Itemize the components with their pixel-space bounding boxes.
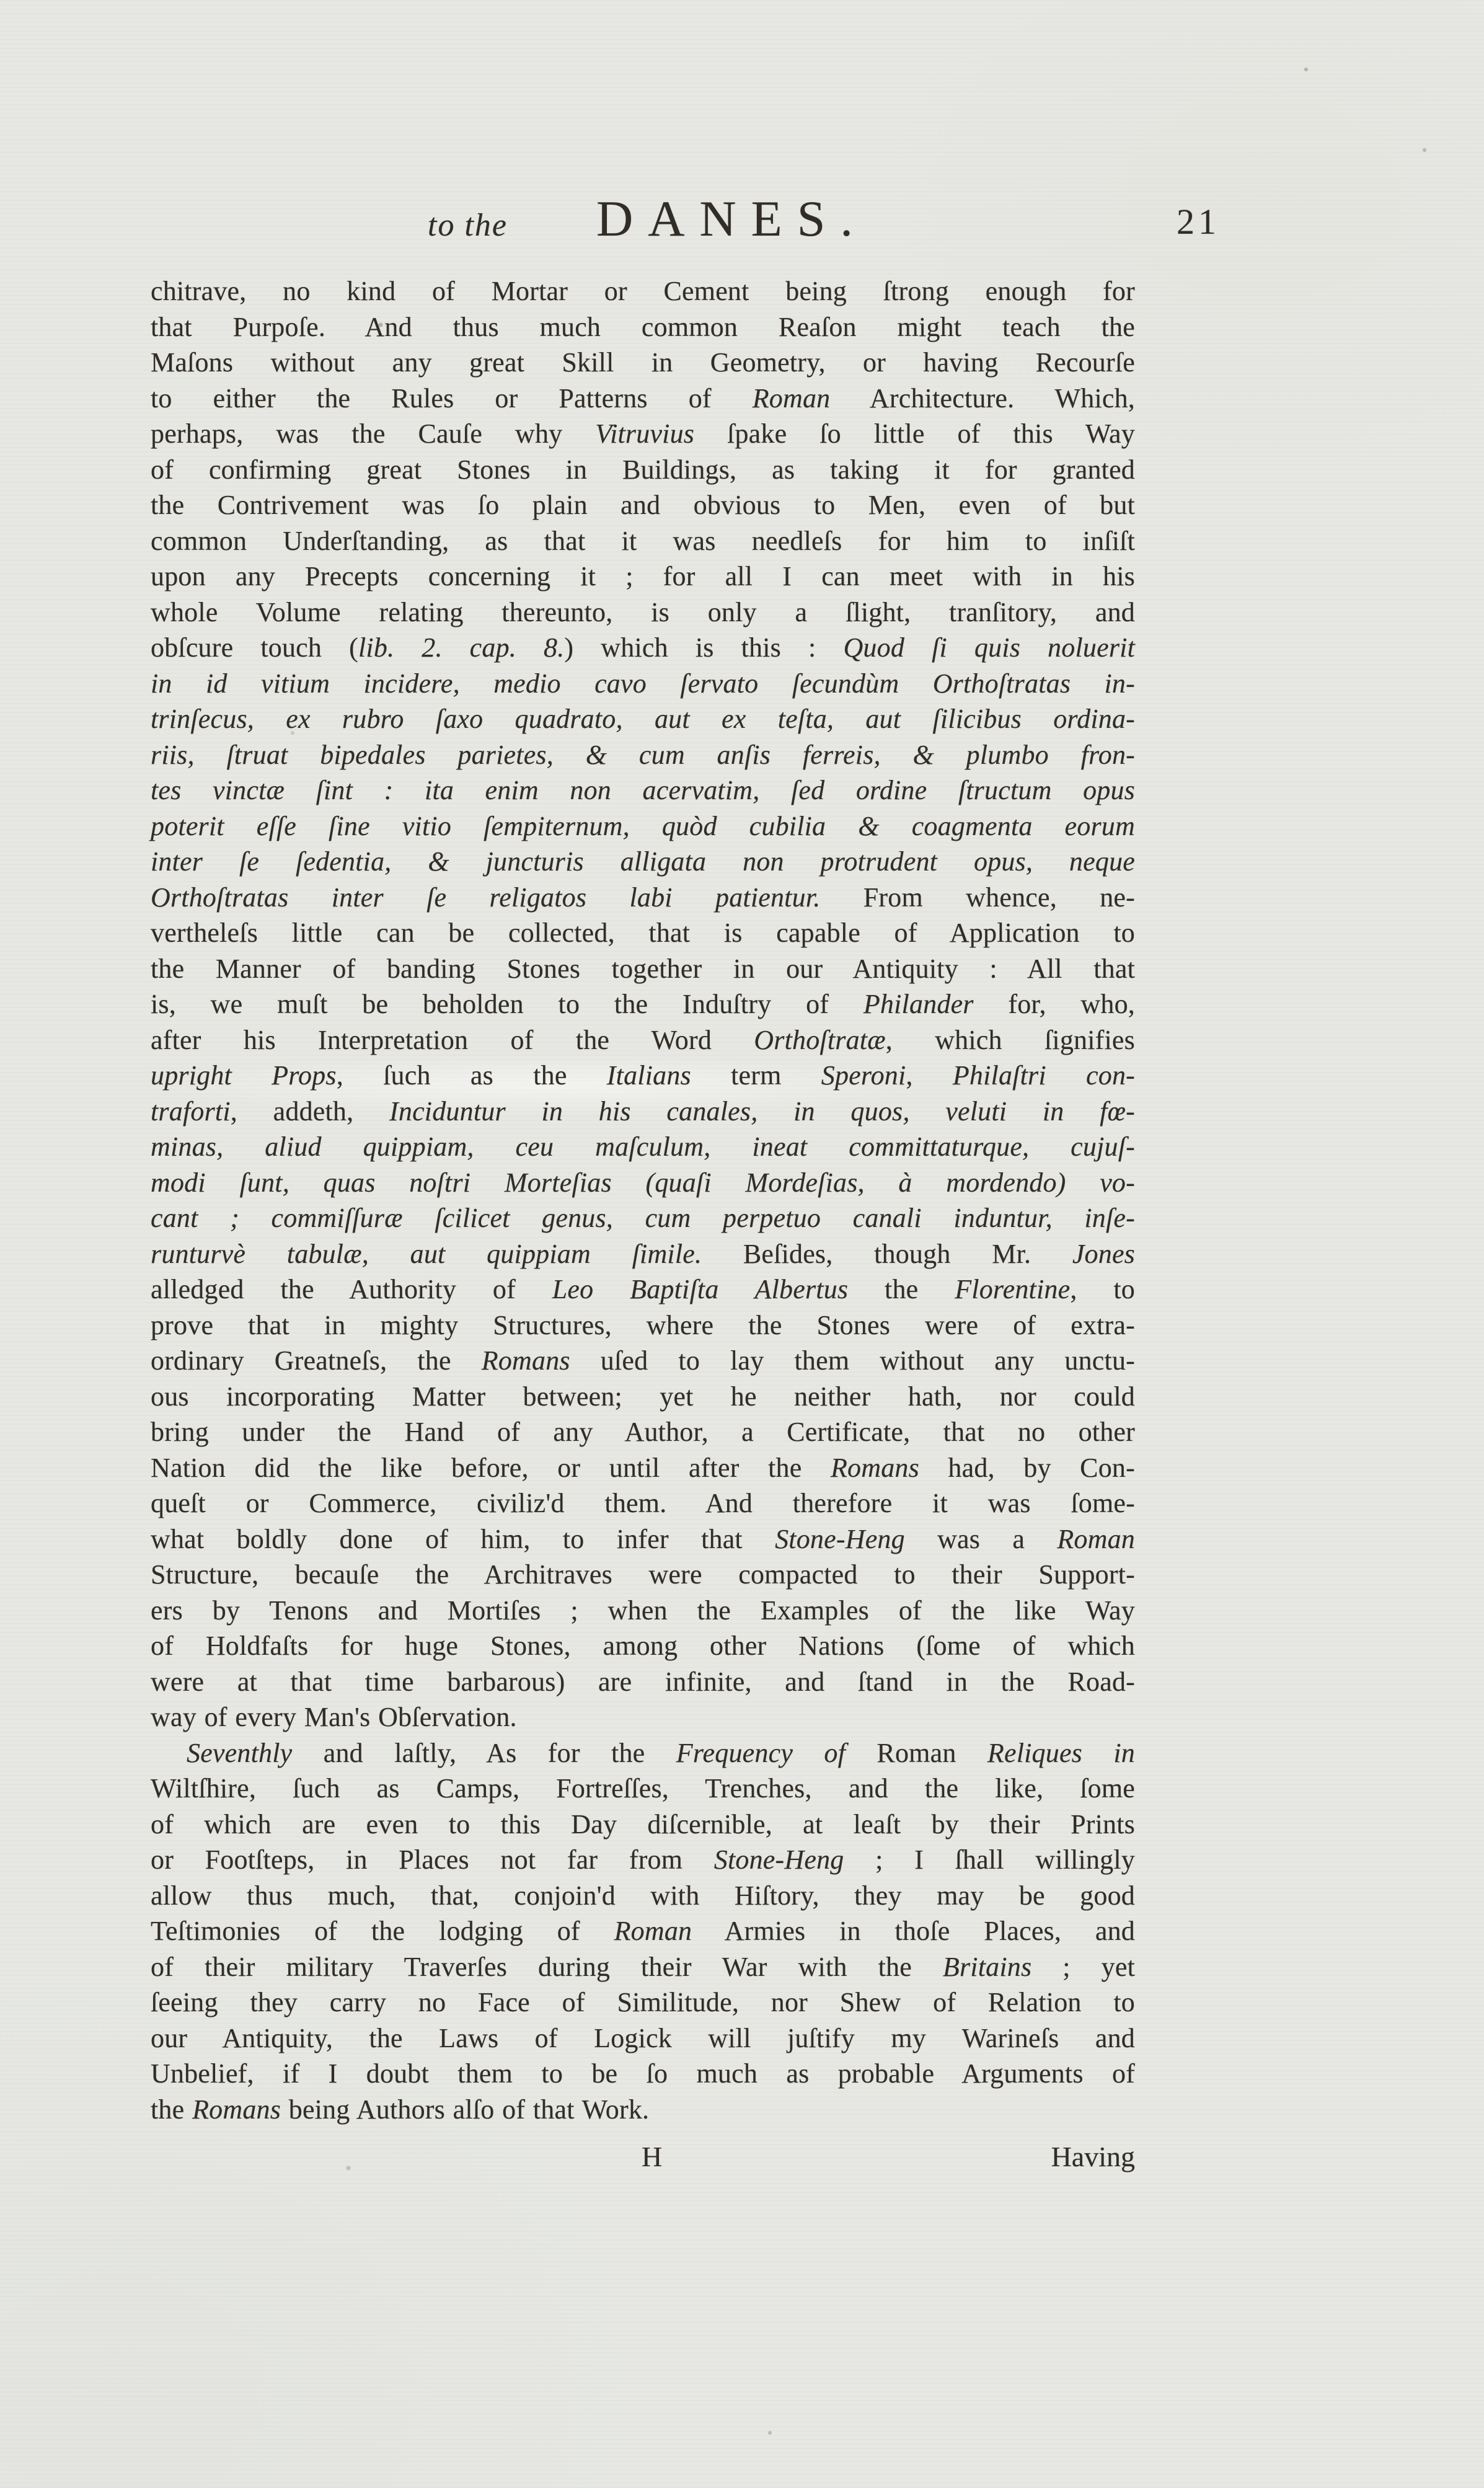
roman-text: perhaps, was the Cauſe why <box>151 418 595 449</box>
roman-text: of confirming great Stones in Buildings,… <box>151 454 1135 485</box>
text-line: or Footſteps, in Places not far from Sto… <box>151 1842 1135 1878</box>
roman-text: the Contrivement was ſo plain and obviou… <box>151 490 1135 520</box>
italic-text: inter ſe ſedentia, & juncturis alligata … <box>151 846 1135 877</box>
roman-text: of their military Traverſes during their… <box>151 1952 943 1982</box>
text-line: of Holdfaſts for huge Stones, among othe… <box>151 1628 1135 1664</box>
italic-text: Italians <box>607 1060 691 1091</box>
roman-text: the Manner of banding Stones together in… <box>151 954 1135 984</box>
roman-text: our Antiquity, the Laws of Logick will j… <box>151 2023 1135 2053</box>
text-line: runturvè tabulæ, aut quippiam ſimile. Be… <box>151 1236 1135 1272</box>
roman-text: after his Interpretation of the Word <box>151 1025 754 1055</box>
italic-text: Stone-Heng <box>714 1844 844 1875</box>
paragraph: chitrave, no kind of Mortar or Cement be… <box>151 273 1135 1735</box>
roman-text: and laſtly, As for the <box>292 1738 676 1768</box>
text-line: inter ſe ſedentia, & juncturis alligata … <box>151 844 1135 880</box>
italic-text: Orthoſtratas inter ſe religatos labi pat… <box>151 882 820 913</box>
text-line: queſt or Commerce, civiliz'd them. And t… <box>151 1485 1135 1521</box>
roman-text: Armies in thoſe Places, and <box>692 1916 1135 1946</box>
roman-text: whole Volume relating thereunto, is only… <box>151 597 1135 627</box>
italic-text: traforti <box>151 1096 231 1127</box>
text-line: bring under the Hand of any Author, a Ce… <box>151 1414 1135 1450</box>
italic-text: riis, ſtruat bipedales parietes, & cum a… <box>151 740 1135 770</box>
roman-text: upon any Precepts concerning it ; for al… <box>151 561 1135 591</box>
roman-text: Unbelief, if I doubt them to be ſo much … <box>151 2058 1135 2089</box>
roman-text: , addeth, <box>231 1096 389 1127</box>
text-line: cant ; commiſſuræ ſcilicet genus, cum pe… <box>151 1200 1135 1236</box>
text-line: modi ſunt, quas noſtri Morteſias (quaſi … <box>151 1165 1135 1201</box>
text-line: the Contrivement was ſo plain and obviou… <box>151 487 1135 523</box>
italic-text: minas, aliud quippiam, ceu maſculum, ine… <box>151 1131 1135 1162</box>
roman-text: to either the Rules or Patterns of <box>151 383 753 414</box>
italic-text: lib. 2. cap. 8. <box>358 632 564 663</box>
roman-text: Structure, becauſe the Architraves were … <box>151 1559 1135 1590</box>
roman-text: is, we muſt be beholden to the Induſtry … <box>151 989 863 1019</box>
roman-text: allow thus much, that, conjoin'd with Hi… <box>151 1880 1135 1911</box>
text-line: obſcure touch (lib. 2. cap. 8.) which is… <box>151 630 1135 666</box>
roman-text: Beſides, though Mr. <box>702 1239 1072 1269</box>
text-line: way of every Man's Obſervation. <box>151 1699 1135 1735</box>
text-line: upon any Precepts concerning it ; for al… <box>151 559 1135 595</box>
running-head-title: DANES. <box>596 190 868 248</box>
italic-text: Quod ſi quis noluerit <box>843 632 1135 663</box>
text-line: vertheleſs little can be collected, that… <box>151 915 1135 951</box>
text-line: ers by Tenons and Mortiſes ; when the Ex… <box>151 1593 1135 1629</box>
italic-text: Frequency of <box>676 1738 846 1768</box>
roman-text: , to <box>1070 1274 1135 1304</box>
running-head-prefix: to the <box>428 207 508 244</box>
italic-text: Reliques in <box>987 1738 1135 1768</box>
italic-text: poterit eſſe ſine vitio ſempiternum, quò… <box>151 811 1135 841</box>
roman-text: ordinary Greatneſs, the <box>151 1345 482 1376</box>
text-line: ſeeing they carry no Face of Similitude,… <box>151 1985 1135 2021</box>
catchword: Having <box>1051 2140 1135 2173</box>
text-line: allow thus much, that, conjoin'd with Hi… <box>151 1878 1135 1914</box>
text-line: riis, ſtruat bipedales parietes, & cum a… <box>151 737 1135 773</box>
text-line: common Underſtanding, as that it was nee… <box>151 523 1135 559</box>
roman-text: the <box>151 2094 192 2125</box>
text-line: Seventhly and laſtly, As for the Frequen… <box>151 1735 1135 1771</box>
roman-text: the <box>848 1274 955 1304</box>
text-line: the Manner of banding Stones together in… <box>151 951 1135 987</box>
text-line: were at that time barbarous) are infinit… <box>151 1664 1135 1700</box>
italic-text: Roman <box>1057 1524 1135 1554</box>
italic-text: Vitruvius <box>595 418 694 449</box>
italic-text: Inciduntur in his canales, in quos, velu… <box>389 1096 1135 1127</box>
italic-text: modi ſunt, quas noſtri Morteſias (quaſi … <box>151 1167 1135 1198</box>
roman-text: common Underſtanding, as that it was nee… <box>151 526 1135 556</box>
text-line: chitrave, no kind of Mortar or Cement be… <box>151 273 1135 309</box>
roman-text: ous incorporating Matter between; yet he… <box>151 1381 1135 1412</box>
text-line: ordinary Greatneſs, the Romans uſed to l… <box>151 1343 1135 1379</box>
roman-text: term <box>691 1060 821 1091</box>
text-line: traforti, addeth, Inciduntur in his cana… <box>151 1094 1135 1130</box>
text-line: tes vinctæ ſint : ita enim non acervatim… <box>151 773 1135 808</box>
roman-text: had, by Con- <box>919 1453 1135 1483</box>
text-block: chitrave, no kind of Mortar or Cement be… <box>151 273 1135 2127</box>
italic-text: Romans <box>482 1345 570 1376</box>
roman-text: being Authors alſo of that Work. <box>281 2094 649 2125</box>
roman-text: ers by Tenons and Mortiſes ; when the Ex… <box>151 1595 1135 1626</box>
italic-text: trinſecus, ex rubro ſaxo quadrato, aut e… <box>151 704 1135 734</box>
italic-text: Seventhly <box>187 1738 292 1768</box>
text-line: Orthoſtratas inter ſe religatos labi pat… <box>151 880 1135 916</box>
roman-text: for, who, <box>974 989 1135 1019</box>
signature-mark: H <box>642 2140 662 2173</box>
italic-text: Leo Baptiſta Albertus <box>552 1274 849 1304</box>
text-line: Structure, becauſe the Architraves were … <box>151 1557 1135 1593</box>
roman-text: ſeeing they carry no Face of Similitude,… <box>151 1987 1135 2017</box>
italic-text: tes vinctæ ſint : ita enim non acervatim… <box>151 775 1135 805</box>
italic-text: Speroni <box>821 1060 906 1091</box>
roman-text: vertheleſs little can be collected, that… <box>151 918 1135 948</box>
roman-text: were at that time barbarous) are infinit… <box>151 1667 1135 1697</box>
roman-text: , ſuch as the <box>337 1060 607 1091</box>
text-line: of their military Traverſes during their… <box>151 1949 1135 1985</box>
text-line: that Purpoſe. And thus much common Reaſo… <box>151 309 1135 345</box>
text-line: minas, aliud quippiam, ceu maſculum, ine… <box>151 1129 1135 1165</box>
roman-text: , <box>906 1060 952 1091</box>
roman-text: Roman <box>846 1738 987 1768</box>
text-line: Nation did the like before, or until aft… <box>151 1450 1135 1486</box>
text-line: poterit eſſe ſine vitio ſempiternum, quò… <box>151 808 1135 844</box>
roman-text: way of every Man's Obſervation. <box>151 1702 517 1732</box>
text-line: of confirming great Stones in Buildings,… <box>151 452 1135 488</box>
text-line: Wiltſhire, ſuch as Camps, Fortreſſes, Tr… <box>151 1771 1135 1807</box>
italic-text: upright Props <box>151 1060 337 1091</box>
text-line: after his Interpretation of the Word Ort… <box>151 1022 1135 1058</box>
text-line: ous incorporating Matter between; yet he… <box>151 1379 1135 1415</box>
italic-text: Philander <box>863 989 974 1019</box>
roman-text: Nation did the like before, or until aft… <box>151 1453 831 1483</box>
italic-text: runturvè tabulæ, aut quippiam ſimile. <box>151 1239 702 1269</box>
text-line: whole Volume relating thereunto, is only… <box>151 595 1135 631</box>
text-line: what boldly done of him, to infer that S… <box>151 1521 1135 1557</box>
text-line: of which are even to this Day diſcernibl… <box>151 1807 1135 1843</box>
roman-text: of which are even to this Day diſcernibl… <box>151 1809 1135 1839</box>
text-line: alledged the Authority of Leo Baptiſta A… <box>151 1272 1135 1308</box>
roman-text: Wiltſhire, ſuch as Camps, Fortreſſes, Tr… <box>151 1773 1135 1804</box>
text-line: perhaps, was the Cauſe why Vitruvius ſpa… <box>151 416 1135 452</box>
roman-text: Maſons without any great Skill in Geomet… <box>151 347 1135 378</box>
text-line: Teſtimonies of the lodging of Roman Armi… <box>151 1913 1135 1949</box>
italic-text: Roman <box>614 1916 692 1946</box>
italic-text: Britains <box>943 1952 1031 1982</box>
roman-text: ; yet <box>1031 1952 1135 1982</box>
text-line: prove that in mighty Structures, where t… <box>151 1308 1135 1344</box>
italic-text: cant ; commiſſuræ ſcilicet genus, cum pe… <box>151 1203 1135 1233</box>
roman-text: obſcure touch ( <box>151 632 358 663</box>
text-line: Unbelief, if I doubt them to be ſo much … <box>151 2056 1135 2092</box>
text-line: our Antiquity, the Laws of Logick will j… <box>151 2021 1135 2056</box>
roman-text: of Holdfaſts for huge Stones, among othe… <box>151 1631 1135 1661</box>
roman-text: Architecture. Which, <box>830 383 1135 414</box>
roman-text: was a <box>905 1524 1058 1554</box>
italic-text: Jones <box>1072 1239 1135 1269</box>
roman-text: alledged the Authority of <box>151 1274 552 1304</box>
italic-text: in id vitium incidere, medio cavo ſervat… <box>151 668 1135 699</box>
roman-text: Teſtimonies of the lodging of <box>151 1916 614 1946</box>
text-line: to either the Rules or Patterns of Roman… <box>151 381 1135 417</box>
roman-text: ; I ſhall willingly <box>844 1844 1135 1875</box>
paper-speck <box>0 0 2 2</box>
text-line: the Romans being Authors alſo of that Wo… <box>151 2092 1135 2128</box>
text-line: upright Props, ſuch as the Italians term… <box>151 1058 1135 1094</box>
italic-text: Stone-Heng <box>775 1524 905 1554</box>
text-line: is, we muſt be beholden to the Induſtry … <box>151 986 1135 1022</box>
text-line: in id vitium incidere, medio cavo ſervat… <box>151 666 1135 702</box>
roman-text: prove that in mighty Structures, where t… <box>151 1310 1135 1340</box>
italic-text: Florentine <box>955 1274 1070 1304</box>
italic-text: Romans <box>831 1453 919 1483</box>
text-line: trinſecus, ex rubro ſaxo quadrato, aut e… <box>151 701 1135 737</box>
italic-text: Roman <box>753 383 831 414</box>
roman-text: From whence, ne- <box>820 882 1135 913</box>
roman-text: or Footſteps, in Places not far from <box>151 1844 714 1875</box>
roman-text: queſt or Commerce, civiliz'd them. And t… <box>151 1488 1135 1518</box>
text-line: Maſons without any great Skill in Geomet… <box>151 345 1135 381</box>
paragraph: Seventhly and laſtly, As for the Frequen… <box>151 1735 1135 2128</box>
roman-text: ) which is this : <box>564 632 843 663</box>
roman-text: chitrave, no kind of Mortar or Cement be… <box>151 276 1135 306</box>
book-page: to the DANES. 21 chitrave, no kind of Mo… <box>0 0 1484 2488</box>
italic-text: Philaſtri con- <box>953 1060 1135 1091</box>
roman-text: , which ſignifies <box>886 1025 1135 1055</box>
roman-text: that Purpoſe. And thus much common Reaſo… <box>151 312 1135 342</box>
roman-text: uſed to lay them without any unctu- <box>570 1345 1135 1376</box>
italic-text: Orthoſtratæ <box>754 1025 885 1055</box>
roman-text: what boldly done of him, to infer that <box>151 1524 775 1554</box>
roman-text: bring under the Hand of any Author, a Ce… <box>151 1417 1135 1447</box>
italic-text: Romans <box>192 2094 281 2125</box>
page-number: 21 <box>1177 201 1220 242</box>
roman-text: ſpake ſo little of this Way <box>694 418 1135 449</box>
